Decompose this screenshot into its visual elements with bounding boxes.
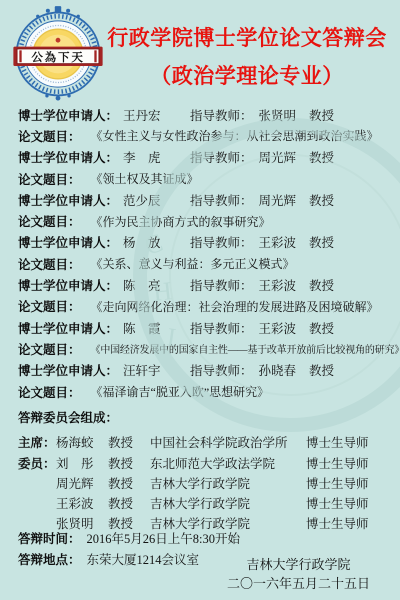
defense-time-line: 答辩时间： 2016年5月26日上午8:30开始 bbox=[18, 529, 240, 547]
member-name: 王彩波 bbox=[56, 494, 108, 512]
defense-list: 博士学位申请人： 王丹宏 指导教师： 张贤明 教授 论文题目： 《女性主义与女性… bbox=[0, 102, 400, 402]
member-institution: 东北师范大学政法学院 bbox=[150, 454, 306, 472]
applicant-label: 博士学位申请人： bbox=[18, 191, 118, 209]
advisor-name: 周光辉 bbox=[259, 191, 297, 209]
emblem-crest-dot bbox=[56, 38, 61, 43]
member-institution: 中国社会科学院政治学所 bbox=[150, 433, 306, 451]
defense-entry: 博士学位申请人： 陈 霞 指导教师： 王彩波 教授 论文题目： 《中国经济发展中… bbox=[18, 317, 394, 360]
thesis-line: 论文题目： 《领土权及其证成》 bbox=[18, 168, 394, 189]
committee-row: 主席： 杨海蛟 教授 中国社会科学院政治学所 博士生导师 bbox=[18, 432, 392, 452]
thesis-title: 《关系、意义与利益：多元正义模式》 bbox=[91, 255, 295, 272]
member-position: 博士生导师 bbox=[306, 433, 392, 451]
thesis-label: 论文题目： bbox=[18, 297, 81, 315]
thesis-title: 《走向网络化治理：社会治理的发展进路及困境破解》 bbox=[91, 298, 379, 315]
title-line-2: （政治学理论专业） bbox=[104, 60, 390, 90]
advisor-name: 孙晓春 bbox=[259, 361, 297, 379]
committee-row: 王彩波 教授 吉林大学行政学院 博士生导师 bbox=[18, 493, 392, 513]
advisor-title: 教授 bbox=[309, 319, 334, 337]
defense-entry: 博士学位申请人： 杨 放 指导教师： 王彩波 教授 论文题目： 《关系、意义与利… bbox=[18, 232, 394, 275]
defense-venue-value: 东荣大厦1214会议室 bbox=[87, 550, 200, 568]
member-institution: 吉林大学行政学院 bbox=[150, 494, 306, 512]
thesis-line: 论文题目： 《关系、意义与利益：多元正义模式》 bbox=[18, 253, 394, 274]
committee-row: 周光辉 教授 吉林大学行政学院 博士生导师 bbox=[18, 473, 392, 493]
title-block: 行政学院博士学位论文答辩会 （政治学理论专业） bbox=[104, 6, 390, 90]
advisor-title: 教授 bbox=[309, 276, 334, 294]
advisor-name: 周光辉 bbox=[259, 148, 297, 166]
member-position: 博士生导师 bbox=[306, 514, 392, 532]
applicant-name: 李 虎 bbox=[123, 148, 177, 166]
advisor-label: 指导教师： bbox=[190, 233, 253, 251]
member-position: 博士生导师 bbox=[306, 454, 392, 472]
thesis-line: 论文题目： 《福泽谕吉“脱亚入欧”思想研究》 bbox=[18, 381, 394, 402]
defense-entry: 博士学位申请人： 汪轩宇 指导教师： 孙晓春 教授 论文题目： 《福泽谕吉“脱亚… bbox=[18, 360, 394, 403]
applicant-name: 陈 霞 bbox=[123, 319, 177, 337]
applicant-line: 博士学位申请人： 杨 放 指导教师： 王彩波 教授 bbox=[18, 232, 394, 253]
advisor-label: 指导教师： bbox=[190, 361, 253, 379]
advisor-label: 指导教师： bbox=[190, 106, 253, 124]
thesis-line: 论文题目： 《女性主义与女性政治参与：从社会思潮到政治实践》 bbox=[18, 125, 394, 146]
advisor-title: 教授 bbox=[309, 106, 334, 124]
member-role: 委员： bbox=[18, 454, 56, 472]
committee-heading: 答辩委员会组成： bbox=[18, 406, 400, 428]
thesis-line: 论文题目： 《中国经济发展中的国家自主性——基于改革开放前后比较视角的研究》 bbox=[18, 338, 394, 359]
thesis-label: 论文题目： bbox=[18, 255, 81, 273]
title-line-1: 行政学院博士学位论文答辩会 bbox=[104, 22, 390, 52]
defense-venue-label: 答辩地点： bbox=[18, 550, 81, 568]
advisor-title: 教授 bbox=[309, 361, 334, 379]
defense-time-label: 答辩时间： bbox=[18, 529, 81, 547]
advisor-label: 指导教师： bbox=[190, 191, 253, 209]
defense-time-value: 2016年5月26日上午8:30开始 bbox=[87, 529, 240, 547]
thesis-line: 论文题目： 《作为民主协商方式的叙事研究》 bbox=[18, 210, 394, 231]
thesis-title: 《中国经济发展中的国家自主性——基于改革开放前后比较视角的研究》 bbox=[91, 341, 400, 356]
org-name: 吉林大学行政学院 bbox=[227, 555, 370, 574]
thesis-label: 论文题目： bbox=[18, 127, 81, 145]
advisor-name: 张贤明 bbox=[259, 106, 297, 124]
applicant-name: 汪轩宇 bbox=[123, 361, 177, 379]
committee-row: 委员： 刘 彤 教授 东北师范大学政法学院 博士生导师 bbox=[18, 452, 392, 472]
member-role: 主席： bbox=[18, 433, 56, 451]
member-name: 周光辉 bbox=[56, 474, 108, 492]
thesis-title: 《作为民主协商方式的叙事研究》 bbox=[91, 213, 271, 230]
emblem-banner-text: 公為下天 bbox=[31, 50, 84, 64]
applicant-name: 王丹宏 bbox=[123, 106, 177, 124]
member-title: 教授 bbox=[108, 433, 150, 451]
applicant-label: 博士学位申请人： bbox=[18, 361, 118, 379]
applicant-label: 博士学位申请人： bbox=[18, 106, 118, 124]
thesis-title: 《女性主义与女性政治参与：从社会思潮到政治实践》 bbox=[91, 127, 379, 144]
applicant-name: 范少辰 bbox=[123, 191, 177, 209]
defense-entry: 博士学位申请人： 范少辰 指导教师： 周光辉 教授 论文题目： 《作为民主协商方… bbox=[18, 189, 394, 232]
thesis-label: 论文题目： bbox=[18, 170, 81, 188]
member-name: 刘 彤 bbox=[56, 454, 108, 472]
signoff-block: 吉林大学行政学院 二〇一六年五月二十五日 bbox=[227, 555, 370, 593]
applicant-name: 陈 亮 bbox=[123, 276, 177, 294]
member-name: 杨海蛟 bbox=[56, 433, 108, 451]
thesis-label: 论文题目： bbox=[18, 383, 81, 401]
emblem-banner: 公為下天 bbox=[13, 47, 102, 66]
applicant-name: 杨 放 bbox=[123, 233, 177, 251]
applicant-line: 博士学位申请人： 陈 霞 指导教师： 王彩波 教授 bbox=[18, 317, 394, 338]
advisor-name: 王彩波 bbox=[259, 276, 297, 294]
thesis-title: 《领土权及其证成》 bbox=[91, 170, 199, 187]
defense-announcement-poster: C H I bbox=[0, 0, 400, 600]
signoff-date: 二〇一六年五月二十五日 bbox=[227, 574, 370, 593]
member-title: 教授 bbox=[108, 474, 150, 492]
thesis-title: 《福泽谕吉“脱亚入欧”思想研究》 bbox=[91, 383, 270, 400]
advisor-name: 王彩波 bbox=[259, 319, 297, 337]
defense-venue-line: 答辩地点： 东荣大厦1214会议室 bbox=[18, 550, 199, 568]
applicant-label: 博士学位申请人： bbox=[18, 276, 118, 294]
applicant-line: 博士学位申请人： 范少辰 指导教师： 周光辉 教授 bbox=[18, 189, 394, 210]
advisor-title: 教授 bbox=[309, 233, 334, 251]
advisor-name: 王彩波 bbox=[259, 233, 297, 251]
member-title: 教授 bbox=[108, 454, 150, 472]
applicant-line: 博士学位申请人： 李 虎 指导教师： 周光辉 教授 bbox=[18, 147, 394, 168]
defense-entry: 博士学位申请人： 陈 亮 指导教师： 王彩波 教授 论文题目： 《走向网络化治理… bbox=[18, 274, 394, 317]
applicant-label: 博士学位申请人： bbox=[18, 148, 118, 166]
advisor-title: 教授 bbox=[309, 191, 334, 209]
member-institution: 吉林大学行政学院 bbox=[150, 474, 306, 492]
thesis-line: 论文题目： 《走向网络化治理：社会治理的发展进路及困境破解》 bbox=[18, 296, 394, 317]
thesis-label: 论文题目： bbox=[18, 340, 81, 358]
advisor-title: 教授 bbox=[309, 148, 334, 166]
applicant-line: 博士学位申请人： 汪轩宇 指导教师： 孙晓春 教授 bbox=[18, 360, 394, 381]
advisor-label: 指导教师： bbox=[190, 319, 253, 337]
applicant-line: 博士学位申请人： 陈 亮 指导教师： 王彩波 教授 bbox=[18, 274, 394, 295]
applicant-label: 博士学位申请人： bbox=[18, 319, 118, 337]
applicant-line: 博士学位申请人： 王丹宏 指导教师： 张贤明 教授 bbox=[18, 104, 394, 125]
member-position: 博士生导师 bbox=[306, 474, 392, 492]
thesis-label: 论文题目： bbox=[18, 212, 81, 230]
committee-list: 主席： 杨海蛟 教授 中国社会科学院政治学所 博士生导师 委员： 刘 彤 教授 … bbox=[0, 428, 400, 533]
defense-entry: 博士学位申请人： 李 虎 指导教师： 周光辉 教授 论文题目： 《领土权及其证成… bbox=[18, 147, 394, 190]
member-position: 博士生导师 bbox=[306, 494, 392, 512]
college-emblem: 公為下天 bbox=[12, 6, 104, 102]
defense-entry: 博士学位申请人： 王丹宏 指导教师： 张贤明 教授 论文题目： 《女性主义与女性… bbox=[18, 104, 394, 147]
advisor-label: 指导教师： bbox=[190, 148, 253, 166]
advisor-label: 指导教师： bbox=[190, 276, 253, 294]
applicant-label: 博士学位申请人： bbox=[18, 233, 118, 251]
header: 公為下天 行政学院博士学位论文答辩会 （政治学理论专业） bbox=[0, 0, 400, 102]
member-title: 教授 bbox=[108, 494, 150, 512]
